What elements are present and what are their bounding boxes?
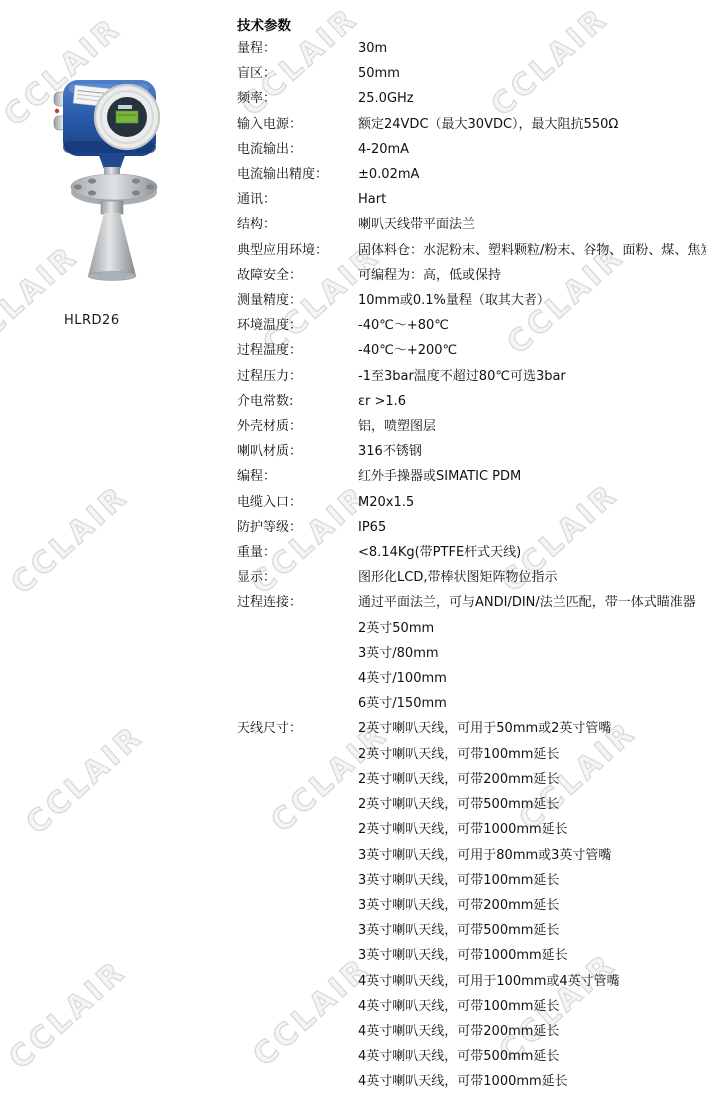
spec-value-line: 红外手操器或SIMATIC PDM — [358, 464, 699, 489]
spec-value-line: 2英寸喇叭天线，可带200mm延长 — [358, 767, 699, 792]
spec-value-line: -40℃～+80℃ — [358, 313, 699, 338]
radar-level-meter-illustration — [15, 55, 215, 315]
spec-label: 过程温度： — [237, 338, 358, 363]
spec-value-line: 50mm — [358, 61, 699, 86]
spec-value-line: 4英寸喇叭天线，可带200mm延长 — [358, 1019, 699, 1044]
spec-value: 25.0GHz — [358, 86, 699, 111]
spec-row: 电缆入口：M20x1.5 — [237, 490, 699, 515]
spec-row: 喇叭材质：316不锈钢 — [237, 439, 699, 464]
datasheet-page: CCLAIRCCLAIRCCLAIRCCLAIRCCLAIRCCLAIRCCLA… — [0, 0, 706, 1102]
spec-row: 防护等级：IP65 — [237, 515, 699, 540]
spec-value-line: <8.14Kg(带PTFE杆式天线) — [358, 540, 699, 565]
spec-label: 电流输出： — [237, 137, 358, 162]
spec-label: 频率： — [237, 86, 358, 111]
spec-value-line: 喇叭天线带平面法兰 — [358, 212, 699, 237]
spec-value-line: 4英寸/100mm — [358, 666, 699, 691]
specs-table: 量程：30m盲区：50mm频率：25.0GHz输入电源：额定24VDC（最大30… — [237, 36, 699, 1095]
spec-row: 重量：<8.14Kg(带PTFE杆式天线) — [237, 540, 699, 565]
product-model-label: HLRD26 — [64, 313, 120, 328]
spec-value-line: 3英寸喇叭天线，可带100mm延长 — [358, 868, 699, 893]
spec-value-line: ±0.02mA — [358, 162, 699, 187]
spec-value-line: 4英寸喇叭天线，可用于100mm或4英寸管嘴 — [358, 969, 699, 994]
spec-row: 量程：30m — [237, 36, 699, 61]
spec-row: 电流输出：4-20mA — [237, 137, 699, 162]
spec-value: 4-20mA — [358, 137, 699, 162]
spec-value: 通过平面法兰，可与ANDI/DIN/法兰匹配，带一体式瞄准器2英寸50mm3英寸… — [358, 590, 699, 716]
spec-value-line: 3英寸/80mm — [358, 641, 699, 666]
flange — [71, 174, 157, 205]
spec-row: 环境温度：-40℃～+80℃ — [237, 313, 699, 338]
horn-antenna — [88, 213, 136, 281]
spec-label: 量程： — [237, 36, 358, 61]
spec-row: 过程连接：通过平面法兰，可与ANDI/DIN/法兰匹配，带一体式瞄准器2英寸50… — [237, 590, 699, 716]
spec-label: 编程： — [237, 464, 358, 489]
spec-label: 环境温度： — [237, 313, 358, 338]
spec-label: 天线尺寸： — [237, 716, 358, 741]
spec-value-line: 4-20mA — [358, 137, 699, 162]
spec-value: M20x1.5 — [358, 490, 699, 515]
spec-value: IP65 — [358, 515, 699, 540]
spec-value: ±0.02mA — [358, 162, 699, 187]
spec-value: 固体料仓：水泥粉末、塑料颗粒/粉末、谷物、面粉、煤、焦炭等 — [358, 238, 699, 263]
spec-value-line: 4英寸喇叭天线，可带500mm延长 — [358, 1044, 699, 1069]
spec-row: 典型应用环境：固体料仓：水泥粉末、塑料颗粒/粉末、谷物、面粉、煤、焦炭等 — [237, 238, 699, 263]
spec-value: 铝，喷塑图层 — [358, 414, 699, 439]
spec-value-line: Hart — [358, 187, 699, 212]
spec-value: Hart — [358, 187, 699, 212]
spec-value: -40℃～+80℃ — [358, 313, 699, 338]
spec-value: 316不锈钢 — [358, 439, 699, 464]
spec-label: 介电常数: — [237, 389, 358, 414]
spec-value-line: 可编程为：高，低或保持 — [358, 263, 699, 288]
spec-label: 外壳材质： — [237, 414, 358, 439]
spec-row: 过程压力：-1至3bar温度不超过80℃可选3bar — [237, 364, 699, 389]
specs-heading: 技术参数 — [237, 14, 291, 34]
display-bezel — [95, 85, 159, 149]
spec-value: 额定24VDC（最大30VDC），最大阻抗550Ω — [358, 112, 699, 137]
spec-label: 电缆入口： — [237, 490, 358, 515]
spec-row: 结构：喇叭天线带平面法兰 — [237, 212, 699, 237]
spec-label: 防护等级： — [237, 515, 358, 540]
spec-row: 输入电源：额定24VDC（最大30VDC），最大阻抗550Ω — [237, 112, 699, 137]
spec-value: 喇叭天线带平面法兰 — [358, 212, 699, 237]
spec-label: 测量精度： — [237, 288, 358, 313]
spec-row: 测量精度：10mm或0.1%量程（取其大者） — [237, 288, 699, 313]
spec-value-line: 2英寸喇叭天线，可用于50mm或2英寸管嘴 — [358, 716, 699, 741]
spec-value-line: 图形化LCD,带棒状图矩阵物位指示 — [358, 565, 699, 590]
spec-row: 介电常数:εr >1.6 — [237, 389, 699, 414]
spec-value-line: -1至3bar温度不超过80℃可选3bar — [358, 364, 699, 389]
spec-value: 2英寸喇叭天线，可用于50mm或2英寸管嘴2英寸喇叭天线，可带100mm延长2英… — [358, 716, 699, 1094]
spec-row: 故障安全：可编程为：高，低或保持 — [237, 263, 699, 288]
spec-label: 盲区： — [237, 61, 358, 86]
spec-label: 喇叭材质： — [237, 439, 358, 464]
spec-label: 典型应用环境： — [237, 238, 358, 263]
spec-label: 输入电源： — [237, 112, 358, 137]
spec-value-line: 2英寸喇叭天线，可带100mm延长 — [358, 742, 699, 767]
spec-value-line: 2英寸喇叭天线，可带1000mm延长 — [358, 817, 699, 842]
spec-label: 显示： — [237, 565, 358, 590]
spec-value: 30m — [358, 36, 699, 61]
spec-value-line: 铝，喷塑图层 — [358, 414, 699, 439]
spec-row: 电流输出精度：±0.02mA — [237, 162, 699, 187]
spec-value-line: 固体料仓：水泥粉末、塑料颗粒/粉末、谷物、面粉、煤、焦炭等 — [358, 238, 699, 263]
spec-value-line: 2英寸50mm — [358, 616, 699, 641]
spec-label: 通讯： — [237, 187, 358, 212]
spec-value-line: εr >1.6 — [358, 389, 699, 414]
spec-value-line: M20x1.5 — [358, 490, 699, 515]
spec-value-line: 3英寸喇叭天线，可带1000mm延长 — [358, 943, 699, 968]
spec-value-line: 2英寸喇叭天线，可带500mm延长 — [358, 792, 699, 817]
coupling-nut — [101, 201, 123, 214]
spec-value-line: 额定24VDC（最大30VDC），最大阻抗550Ω — [358, 112, 699, 137]
spec-label: 重量： — [237, 540, 358, 565]
spec-value-line: 3英寸喇叭天线，可带200mm延长 — [358, 893, 699, 918]
spec-value-line: 316不锈钢 — [358, 439, 699, 464]
spec-label: 过程压力： — [237, 364, 358, 389]
spec-value-line: 25.0GHz — [358, 86, 699, 111]
spec-value-line: IP65 — [358, 515, 699, 540]
spec-row: 过程温度：-40℃～+200℃ — [237, 338, 699, 363]
spec-value-line: 3英寸喇叭天线，可用于80mm或3英寸管嘴 — [358, 843, 699, 868]
spec-value: 红外手操器或SIMATIC PDM — [358, 464, 699, 489]
spec-value: -1至3bar温度不超过80℃可选3bar — [358, 364, 699, 389]
spec-value-line: 4英寸喇叭天线，可带100mm延长 — [358, 994, 699, 1019]
spec-value: 可编程为：高，低或保持 — [358, 263, 699, 288]
spec-value: 10mm或0.1%量程（取其大者） — [358, 288, 699, 313]
spec-value: 图形化LCD,带棒状图矩阵物位指示 — [358, 565, 699, 590]
spec-value-line: 4英寸喇叭天线，可带1000mm延长 — [358, 1069, 699, 1094]
spec-row: 显示：图形化LCD,带棒状图矩阵物位指示 — [237, 565, 699, 590]
spec-value: 50mm — [358, 61, 699, 86]
spec-label: 故障安全： — [237, 263, 358, 288]
spec-row: 编程：红外手操器或SIMATIC PDM — [237, 464, 699, 489]
spec-value-line: 30m — [358, 36, 699, 61]
spec-value-line: 6英寸/150mm — [358, 691, 699, 716]
spec-value-line: 通过平面法兰，可与ANDI/DIN/法兰匹配，带一体式瞄准器 — [358, 590, 699, 615]
spec-label: 电流输出精度： — [237, 162, 358, 187]
spec-value-line: -40℃～+200℃ — [358, 338, 699, 363]
spec-row: 频率：25.0GHz — [237, 86, 699, 111]
spec-value: -40℃～+200℃ — [358, 338, 699, 363]
spec-label: 结构： — [237, 212, 358, 237]
spec-label: 过程连接： — [237, 590, 358, 615]
spec-row: 盲区：50mm — [237, 61, 699, 86]
spec-value-line: 10mm或0.1%量程（取其大者） — [358, 288, 699, 313]
spec-row: 外壳材质：铝，喷塑图层 — [237, 414, 699, 439]
spec-row: 天线尺寸：2英寸喇叭天线，可用于50mm或2英寸管嘴2英寸喇叭天线，可带100m… — [237, 716, 699, 1094]
page-content: HLRD26 技术参数 量程：30m盲区：50mm频率：25.0GHz输入电源：… — [0, 0, 706, 1102]
spec-value: <8.14Kg(带PTFE杆式天线) — [358, 540, 699, 565]
spec-row: 通讯：Hart — [237, 187, 699, 212]
product-image — [15, 55, 215, 315]
spec-value: εr >1.6 — [358, 389, 699, 414]
spec-value-line: 3英寸喇叭天线，可带500mm延长 — [358, 918, 699, 943]
